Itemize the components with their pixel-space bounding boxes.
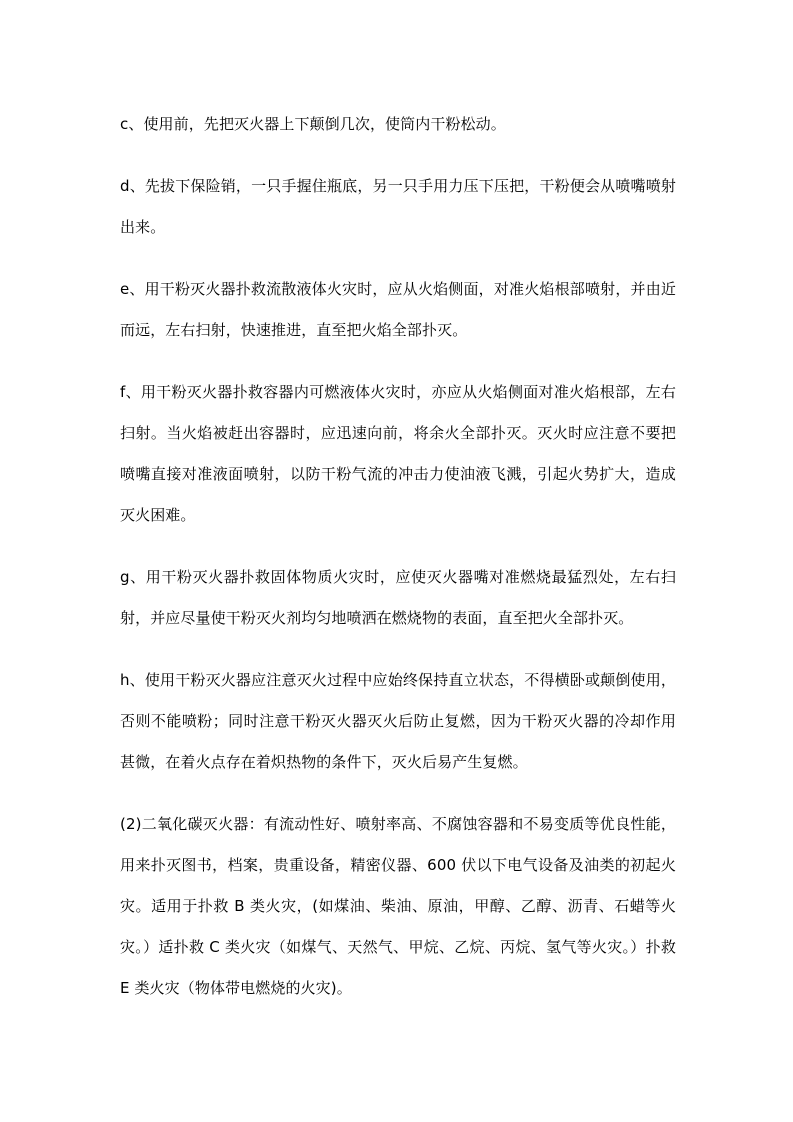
- paragraph-e: e、用干粉灭火器扑救流散液体火灾时，应从火焰侧面，对准火焰根部喷射，并由近而远，…: [120, 269, 676, 351]
- paragraph-c: c、使用前，先把灭火器上下颠倒几次，使筒内干粉松动。: [120, 104, 676, 145]
- paragraph-f: f、用干粉灭火器扑救容器内可燃液体火灾时，亦应从火焰侧面对准火焰根部，左右扫射。…: [120, 372, 676, 536]
- paragraph-h: h、使用干粉灭火器应注意灭火过程中应始终保持直立状态，不得横卧或颠倒使用，否则不…: [120, 660, 676, 783]
- document-page: c、使用前，先把灭火器上下颠倒几次，使筒内干粉松动。 d、先拔下保险销，一只手握…: [120, 104, 676, 1030]
- paragraph-d: d、先拔下保险销，一只手握住瓶底，另一只手用力压下压把，干粉便会从喷嘴喷射出来。: [120, 166, 676, 248]
- paragraph-g: g、用干粉灭火器扑救固体物质火灾时，应使灭火器嘴对准燃烧最猛烈处，左右扫射，并应…: [120, 557, 676, 639]
- paragraph-co2-extinguisher: (2)二氧化碳灭火器：有流动性好、喷射率高、不腐蚀容器和不易变质等优良性能，用来…: [120, 804, 676, 1009]
